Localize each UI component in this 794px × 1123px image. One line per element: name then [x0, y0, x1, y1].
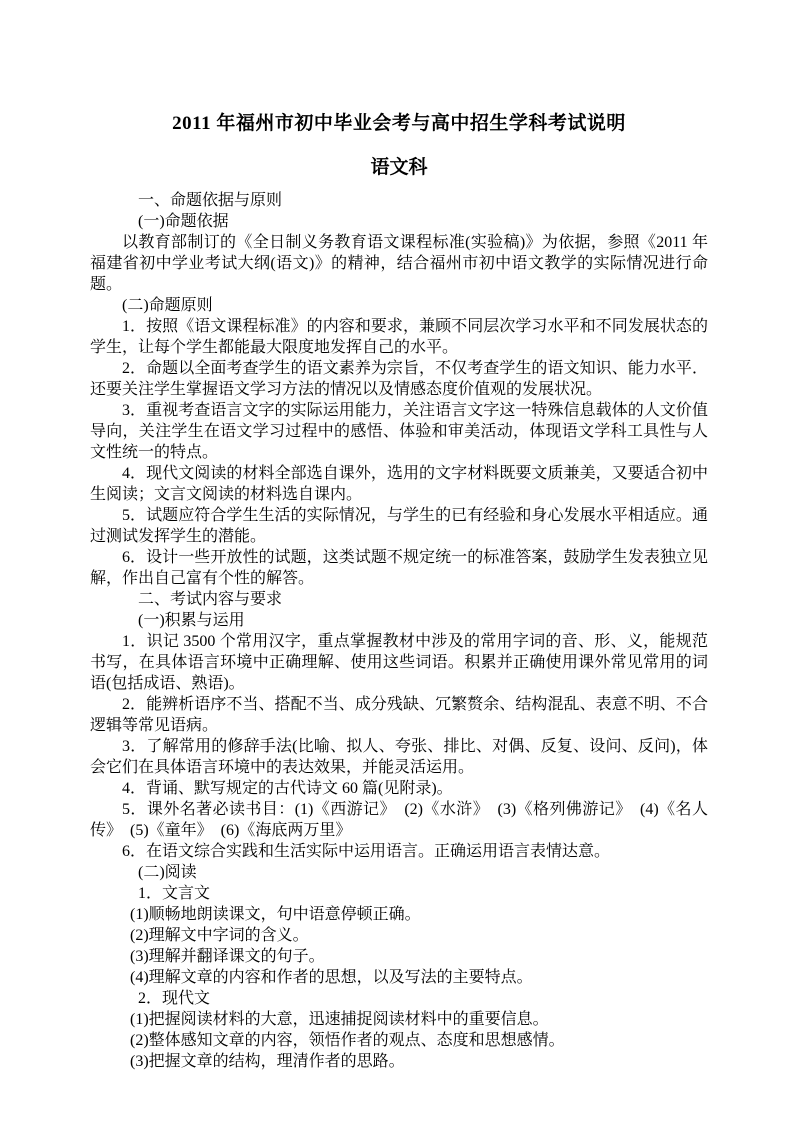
paragraph: (1)顺畅地朗读课文，句中语意停顿正确。: [90, 904, 708, 925]
paragraph: 4．背诵、默写规定的古代诗文 60 篇(见附录)。: [90, 778, 708, 799]
paragraph: 5．课外名著必读书目：(1)《西游记》 (2)《水浒》 (3)《格列佛游记》 (…: [90, 799, 708, 841]
paragraph: (1)把握阅读材料的大意，迅速捕捉阅读材料中的重要信息。: [90, 1009, 708, 1030]
paragraph: 以教育部制订的《全日制义务教育语文课程标准(实验稿)》为依据，参照《2011 年…: [90, 232, 708, 295]
paragraph: 2．现代文: [90, 988, 708, 1009]
paragraph: (一)积累与运用: [90, 610, 708, 631]
document-subtitle: 语文科: [90, 156, 708, 180]
paragraph: (3)把握文章的结构，理清作者的思路。: [90, 1051, 708, 1072]
paragraph: (3)理解并翻译课文的句子。: [90, 946, 708, 967]
document-page: 2011 年福州市初中毕业会考与高中招生学科考试说明 语文科 一、命题依据与原则…: [0, 0, 794, 1123]
paragraph: 6．设计一些开放性的试题，这类试题不规定统一的标准答案，鼓励学生发表独立见解，作…: [90, 547, 708, 589]
paragraph: (2)整体感知文章的内容，领悟作者的观点、态度和思想感情。: [90, 1030, 708, 1051]
paragraph: (一)命题依据: [90, 211, 708, 232]
document-body: 一、命题依据与原则(一)命题依据以教育部制订的《全日制义务教育语文课程标准(实验…: [90, 190, 708, 1072]
paragraph: 1．按照《语文课程标准》的内容和要求，兼顾不同层次学习水平和不同发展状态的学生，…: [90, 316, 708, 358]
paragraph: (二)命题原则: [90, 295, 708, 316]
paragraph: 1．文言文: [90, 883, 708, 904]
paragraph: 5．试题应符合学生生活的实际情况，与学生的已有经验和身心发展水平相适应。通过测试…: [90, 505, 708, 547]
paragraph: 二、考试内容与要求: [90, 589, 708, 610]
paragraph: (4)理解文章的内容和作者的思想，以及写法的主要特点。: [90, 967, 708, 988]
paragraph: 2．能辨析语序不当、搭配不当、成分残缺、冗繁赘余、结构混乱、表意不明、不合逻辑等…: [90, 694, 708, 736]
paragraph: (二)阅读: [90, 862, 708, 883]
paragraph: 4．现代文阅读的材料全部选自课外，选用的文字材料既要文质兼美，又要适合初中生阅读…: [90, 463, 708, 505]
paragraph: 3．重视考查语言文字的实际运用能力，关注语言文字这一特殊信息载体的人文价值导向，…: [90, 400, 708, 463]
document-content: 2011 年福州市初中毕业会考与高中招生学科考试说明 语文科 一、命题依据与原则…: [90, 112, 708, 1072]
paragraph: (2)理解文中字词的含义。: [90, 925, 708, 946]
paragraph: 一、命题依据与原则: [90, 190, 708, 211]
document-title: 2011 年福州市初中毕业会考与高中招生学科考试说明: [90, 112, 708, 136]
paragraph: 3．了解常用的修辞手法(比喻、拟人、夸张、排比、对偶、反复、设问、反问)，体会它…: [90, 736, 708, 778]
paragraph: 6．在语文综合实践和生活实际中运用语言。正确运用语言表情达意。: [90, 841, 708, 862]
paragraph: 1．识记 3500 个常用汉字，重点掌握教材中涉及的常用字词的音、形、义，能规范…: [90, 631, 708, 694]
paragraph: 2．命题以全面考查学生的语文素养为宗旨，不仅考查学生的语文知识、能力水平．还要关…: [90, 358, 708, 400]
